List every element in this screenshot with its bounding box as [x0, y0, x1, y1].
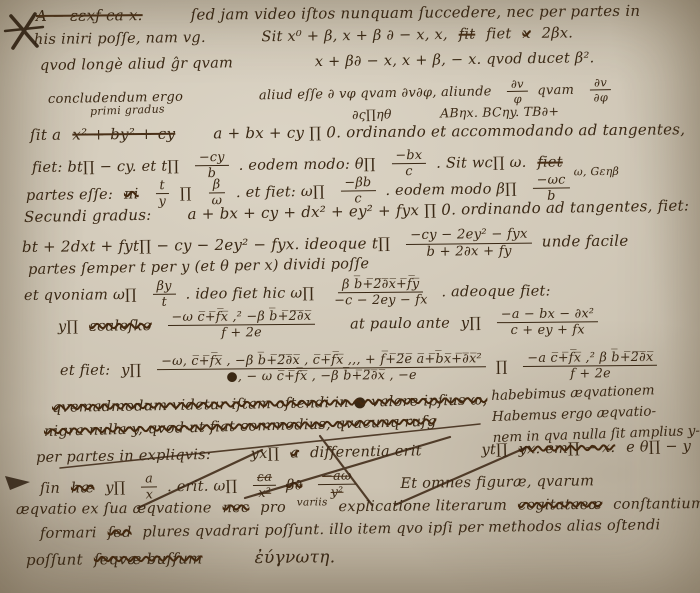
struck-text-segment: yx. em∏ − x.	[519, 440, 616, 458]
margin-arrow-mark	[5, 476, 30, 490]
struck-text-segment: fiet	[537, 154, 563, 170]
manuscript-line-5: ſit a x² + by² + cy a + bx + cy ∏ 0. ord…	[30, 121, 691, 144]
fraction-denominator: y²	[327, 485, 348, 500]
struck-text-segment: a	[290, 445, 299, 461]
text-segment: . adeoque fiet:	[441, 283, 550, 300]
fraction-numerator: −ωc	[533, 173, 570, 189]
fraction-numerator: ∂v	[507, 78, 528, 92]
text-segment: poſſunt	[26, 551, 83, 569]
struck-text-segment: hæ	[71, 480, 95, 496]
spacer	[214, 562, 244, 563]
text-segment: qvam	[537, 83, 574, 99]
spacer	[402, 117, 430, 118]
text-segment: Sit x⁰ + β, x + β ∂ − x, x,	[261, 27, 447, 45]
text-segment: ſin	[40, 481, 60, 497]
text-segment: qvod longè aliud ĝr qvam	[40, 55, 233, 74]
text-segment: conſtantium	[613, 496, 700, 513]
fraction-denominator: −c − 2ey − fx	[330, 293, 432, 308]
spacer	[366, 487, 390, 488]
superscript-note: variis	[297, 496, 328, 508]
fraction-numerator: −aω	[318, 470, 356, 486]
text-segment: differentia erit	[310, 443, 422, 461]
manuscript-line-16: per partes in expliqvis: yx∏ a different…	[36, 438, 697, 466]
fraction-numerator: a	[141, 472, 157, 488]
fraction-numerator: β	[209, 178, 225, 194]
text-segment: æqvatio ex ſua æqvatione	[16, 500, 212, 518]
fraction-denominator: t	[158, 295, 172, 310]
text-segment: aliud eſſe ∂ vφ qvam ∂v∂φ, aliunde	[259, 84, 492, 103]
fraction-denominator: c + ey + fx	[507, 323, 589, 338]
text-segment: fiet: bt∏ − cy. et t∏	[32, 158, 179, 176]
fraction: −ω c̅+̅f̅x̅ ,² −β b̅+̅2̅∂̅x̅ f + 2e	[167, 310, 315, 341]
manuscript-line-11: et qvoniam ω∏ βy t . ideo fiet hic ω∏ β …	[24, 276, 557, 310]
text-segment: Secundi gradus:	[24, 206, 152, 226]
fraction-numerator: −ω c̅+̅f̅x̅ ,² −β b̅+̅2̅∂̅x̅	[167, 310, 315, 327]
manuscript-line-2: his iniri poſſe, nam vg. Sit x⁰ + β, x +…	[34, 25, 579, 48]
text-segment: y∏	[121, 362, 141, 378]
spacer	[186, 137, 202, 138]
fraction: t y	[154, 179, 170, 209]
fraction-denominator: ●, − ω c̅+̅f̅x̅ , −β b̅+̅2̅∂̅x̅ , −e	[222, 368, 420, 384]
fraction-denominator: b + 2∂x + fy	[422, 244, 515, 260]
fraction-numerator: βy	[153, 280, 176, 296]
greek-word: ἐύγνωτη.	[254, 547, 335, 568]
text-segment: plures qvadrari poſſunt. illo item qvo i…	[142, 517, 660, 540]
text-segment: Et omnes figuræ, qvarum	[400, 473, 594, 492]
manuscript-line-15: nigra nulla y, qvod ut fiat commodius, q…	[44, 414, 443, 441]
spacer	[194, 98, 249, 100]
text-segment: fiet	[486, 26, 512, 42]
manuscript-line-19: formari ſed plures qvadrari poſſunt. ill…	[40, 517, 667, 542]
text-segment: . et fiet: ω∏	[236, 184, 325, 201]
spacer	[217, 40, 251, 41]
text-segment: ſit a	[30, 126, 61, 144]
text-segment: y∏	[461, 315, 481, 331]
manuscript-line-4b: ∂ς∏ηθ ABηx. BCηy. TB∂+	[352, 104, 565, 122]
struck-fraction: ɛa x²	[253, 471, 276, 501]
fraction-denominator: f + 2e	[217, 326, 266, 341]
spacer	[163, 218, 177, 219]
struck-text-segment: ſed	[107, 525, 131, 541]
text-segment: pro	[260, 500, 286, 516]
spacer	[154, 19, 180, 20]
struck-text-segment: ſeqvæ buſſum	[94, 549, 203, 568]
fraction: −cy − 2ey² − fyx b + 2∂x + fy	[406, 228, 532, 260]
text-segment: . ideo fiet hic ω∏	[186, 285, 315, 302]
manuscript-page: A − ɛɛxƒ ca x. ſed jam video iſtos nunqu…	[0, 0, 700, 593]
text-segment: at paulo ante	[350, 315, 450, 332]
fraction-numerator: −cy	[195, 151, 229, 167]
struck-text-segment: πi	[124, 186, 139, 202]
fraction: −a − bx − ∂x² c + ey + fx	[497, 307, 599, 338]
fraction-denominator: φ	[509, 92, 525, 105]
text-segment: e θ∏ − y	[626, 439, 691, 456]
fraction-numerator: −cy − 2ey² − fyx	[406, 228, 532, 245]
text-segment: yt∏	[481, 442, 508, 458]
text-segment: ABηx. BCηy. TB∂+	[440, 103, 559, 120]
struck-text-segment: fit	[459, 27, 476, 43]
struck-text-segment: x² + by² + cy	[72, 125, 175, 144]
text-segment: per partes in expliqvis:	[36, 447, 211, 466]
fraction-numerator: β b̅+̅2̅∂̅x̅+̅f̅y̅	[338, 278, 423, 294]
manuscript-line-3: qvod longè aliud ĝr qvam x + β∂ − x, x +…	[40, 50, 601, 74]
text-segment: et qvoniam ω∏	[24, 287, 137, 304]
text-segment: partes eſſe:	[26, 187, 113, 204]
fraction: βy t	[153, 280, 176, 310]
text-segment: ∏	[180, 186, 192, 202]
text-segment: y∏	[58, 319, 78, 335]
struck-text-segment: β∂	[286, 477, 303, 493]
fraction-numerator: −βb	[340, 176, 375, 192]
struck-text-segment: ɛcaleſko	[89, 318, 152, 335]
spacer	[433, 453, 471, 455]
text-segment: . eodem modo: θ∏	[239, 156, 376, 173]
text-segment: primi gradus	[90, 102, 165, 118]
fraction: β b̅+̅2̅∂̅x̅+̅f̅y̅ −c − 2ey − fx	[330, 277, 432, 308]
fraction: a x	[141, 472, 157, 502]
text-segment: his iniri poſſe, nam vg.	[34, 30, 206, 48]
fraction: −a c̅+̅f̅x̅ ,² β b̅+̅2̅∂̅x̅ f + 2e	[523, 351, 657, 382]
superscript-note: primi gradus	[90, 103, 171, 118]
fraction-numerator: −a − bx − ∂x²	[497, 307, 598, 323]
text-segment: ∂ς∏ηθ	[352, 106, 392, 122]
fraction: ∂v ∂φ	[589, 76, 612, 103]
spacer	[244, 65, 304, 67]
fraction-denominator: ∂φ	[589, 90, 612, 103]
fraction-numerator: −a c̅+̅f̅x̅ ,² β b̅+̅2̅∂̅x̅	[523, 351, 657, 368]
struck-text-segment: x	[522, 26, 531, 42]
fraction-numerator: ∂v	[590, 76, 611, 90]
text-segment: et fiet:	[60, 362, 110, 378]
text-segment: . Sit wc∏ ω.	[436, 155, 527, 172]
manuscript-line-20: poſſunt ſeqvæ buſſum ἐύγνωτη.	[26, 548, 342, 570]
text-segment: bt + 2dxt + fyt∏ − cy − 2ey² − fyx. ideo…	[22, 235, 390, 257]
fraction-denominator: x²	[254, 486, 275, 501]
struck-text-segment: nec	[223, 500, 250, 516]
fraction-numerator: ɛa	[253, 471, 276, 487]
text-segment: 2βx.	[542, 25, 574, 41]
text-segment: ſed jam video iſtos nunquam ſuccedere, n…	[191, 2, 641, 24]
fraction-numerator: t	[155, 179, 169, 195]
text-segment: x + β∂ − x, x + β, − x. qvod ducet β².	[315, 50, 595, 70]
fraction-numerator: −bx	[391, 149, 426, 165]
spacer	[222, 457, 240, 458]
spacer	[325, 327, 339, 328]
text-segment: yx∏	[251, 446, 280, 462]
fraction: −ω, c̅+̅f̅x̅ , −β b̅+̅2̅∂̅x̅ , c̅+̅f̅x̅ …	[157, 352, 486, 385]
text-segment: a + bx + cy ∏ 0. ordinando et accommodan…	[213, 120, 685, 142]
text-segment: . eodem modo β∏	[385, 181, 517, 199]
subscript-note: ω, Gεηβ	[574, 165, 619, 178]
manuscript-line-1: A − ɛɛxƒ ca x. ſed jam video iſtos nunqu…	[36, 3, 646, 26]
manuscript-line-12: y∏ ɛcaleſko −ω c̅+̅f̅x̅ ,² −β b̅+̅2̅∂̅x̅…	[58, 307, 604, 342]
text-segment: unde facile	[542, 232, 629, 251]
manuscript-line-13: et fiet: y∏ −ω, c̅+̅f̅x̅ , −β b̅+̅2̅∂̅x̅…	[60, 351, 663, 386]
struck-text-segment: cogitataeæ	[518, 497, 603, 514]
struck-text-segment: A − ɛɛxƒ ca x.	[36, 6, 143, 25]
text-segment: y∏	[105, 480, 125, 496]
text-segment: formari	[40, 525, 97, 542]
struck-text-segment: nigra nulla y, qvod ut fiat commodius, q…	[44, 414, 437, 440]
struck-text-segment: qvemadmodum videtur iſtam oſtendi in ● v…	[52, 392, 488, 416]
text-segment: ∏	[496, 359, 508, 375]
fraction: ∂v φ	[507, 78, 528, 105]
text-segment: . erit. ω∏	[167, 478, 237, 495]
fraction-denominator: f + 2e	[566, 367, 615, 382]
text-segment: explicatione literarum	[338, 498, 507, 515]
